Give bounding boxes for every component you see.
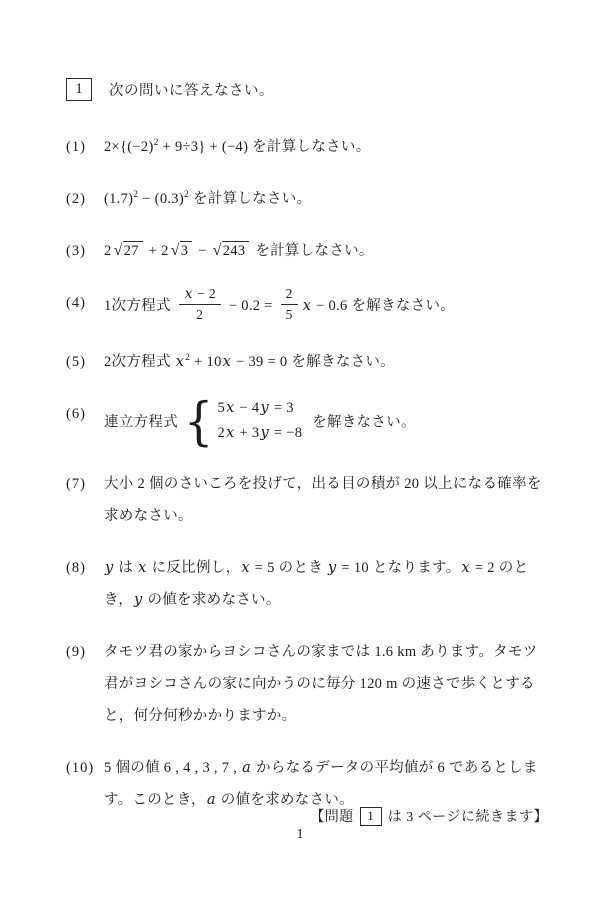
math-variable: x xyxy=(461,560,471,576)
equation-rows: 5x − 4y = 32x + 3y = −8 xyxy=(218,396,303,446)
math-text: = 10 となります。 xyxy=(338,560,461,576)
math-text: 2 xyxy=(104,243,112,259)
question-number: (2) xyxy=(66,183,104,215)
denominator: 2 xyxy=(179,305,221,324)
math-text: + 9÷3} + (−4) を計算しなさい。 xyxy=(159,139,371,155)
math-text: = 3 xyxy=(270,400,294,416)
continuation-problem-number-box: 1 xyxy=(360,807,382,826)
math-text: 2 xyxy=(218,425,226,441)
math-text: は xyxy=(115,560,138,576)
question-number: (8) xyxy=(66,552,104,616)
math-variable: x xyxy=(240,560,250,576)
question-item: (3)2√27 + 2√3 − √243 を計算しなさい。 xyxy=(66,235,548,267)
problem-instruction: 次の問いに答えなさい。 xyxy=(109,79,274,100)
math-text: を解きなさい。 xyxy=(308,415,416,431)
question-list: (1)2×{(−2)2 + 9÷3} + (−4) を計算しなさい。(2)(1.… xyxy=(66,131,548,816)
equation-system: {5x − 4y = 32x + 3y = −8 xyxy=(184,396,302,446)
math-variable: x xyxy=(184,286,194,302)
math-text: − 2 xyxy=(194,286,216,301)
radicand: 3 xyxy=(180,241,193,261)
radical-sign: √ xyxy=(114,241,123,260)
math-text: + 2 xyxy=(145,243,169,259)
math-text: を計算しなさい。 xyxy=(189,191,311,207)
question-number: (5) xyxy=(66,346,104,378)
math-variable: y xyxy=(259,425,270,441)
question-text: 連立方程式 {5x − 4y = 32x + 3y = −8 を解きなさい。 xyxy=(104,398,548,448)
equation-row: 5x − 4y = 3 xyxy=(218,396,303,421)
fraction: 25 xyxy=(281,285,298,324)
question-item: (6)連立方程式 {5x − 4y = 32x + 3y = −8 を解きなさい… xyxy=(66,398,548,448)
math-text: の値を求めなさい。 xyxy=(144,592,281,608)
numerator: x − 2 xyxy=(179,285,221,305)
sqrt-expression: √243 xyxy=(213,241,250,261)
question-number: (3) xyxy=(66,235,104,267)
fraction: x − 22 xyxy=(179,285,221,324)
question-number: (6) xyxy=(66,398,104,448)
math-text: − xyxy=(194,243,210,259)
problem-number-box: 1 xyxy=(66,78,92,101)
math-variable: y xyxy=(327,560,338,576)
continuation-note: 【問題 1 は 3 ページに続きます】 xyxy=(310,806,548,826)
math-text: = −8 xyxy=(270,425,302,441)
math-text: 2×{(−2) xyxy=(104,139,154,155)
question-item: (5)2次方程式 x2 + 10x − 39 = 0 を解きなさい。 xyxy=(66,346,548,378)
question-text: 2×{(−2)2 + 9÷3} + (−4) を計算しなさい。 xyxy=(104,131,548,163)
question-number: (4) xyxy=(66,287,104,326)
math-variable: x xyxy=(222,354,232,370)
question-text: y は x に反比例し，x = 5 のとき y = 10 となります。x = 2… xyxy=(104,552,548,616)
math-text: を計算しなさい。 xyxy=(251,243,373,259)
question-item: (8)y は x に反比例し，x = 5 のとき y = 10 となります。x … xyxy=(66,552,548,616)
question-text: 1次方程式 x − 22 − 0.2 = 25x − 0.6 を解きなさい。 xyxy=(104,287,548,326)
math-variable: x xyxy=(225,400,235,416)
exam-page: 1 次の問いに答えなさい。 (1)2×{(−2)2 + 9÷3} + (−4) … xyxy=(0,0,600,900)
question-text: 2次方程式 x2 + 10x − 39 = 0 を解きなさい。 xyxy=(104,346,548,378)
question-text: 大小 2 個のさいころを投げて，出る目の積が 20 以上になる確率を求めなさい。 xyxy=(104,468,548,532)
math-variable: x xyxy=(302,298,312,314)
denominator: 5 xyxy=(281,305,298,324)
problem-header: 1 次の問いに答えなさい。 xyxy=(66,78,548,101)
math-variable: a xyxy=(241,760,252,776)
radicand: 243 xyxy=(222,241,250,261)
math-text: − 39 = 0 を解きなさい。 xyxy=(232,354,395,370)
question-text: タモツ君の家からヨシコさんの家までは 1.6 km あります。タモツ君がヨシコさ… xyxy=(104,636,548,732)
math-variable: a xyxy=(206,792,217,808)
page-number: 1 xyxy=(0,827,600,843)
question-text: 2√27 + 2√3 − √243 を計算しなさい。 xyxy=(104,235,548,267)
numerator: 2 xyxy=(281,285,298,305)
sqrt-expression: √3 xyxy=(171,241,193,261)
math-text: 5 個の値 6 , 4 , 3 , 7 , xyxy=(104,760,241,776)
math-variable: y xyxy=(133,592,144,608)
math-text: 2 xyxy=(286,286,293,301)
radical-sign: √ xyxy=(171,241,180,260)
question-item: (9)タモツ君の家からヨシコさんの家までは 1.6 km あります。タモツ君がヨ… xyxy=(66,636,548,732)
math-variable: y xyxy=(259,400,270,416)
math-text: + 10 xyxy=(190,354,221,370)
math-text: タモツ君の家からヨシコさんの家までは 1.6 km あります。タモツ君がヨシコさ… xyxy=(104,644,538,724)
question-item: (7)大小 2 個のさいころを投げて，出る目の積が 20 以上になる確率を求めな… xyxy=(66,468,548,532)
math-text: − 0.6 を解きなさい。 xyxy=(312,298,455,314)
question-number: (1) xyxy=(66,131,104,163)
sqrt-expression: √27 xyxy=(114,241,143,261)
question-item: (4)1次方程式 x − 22 − 0.2 = 25x − 0.6 を解きなさい… xyxy=(66,287,548,326)
equation-row: 2x + 3y = −8 xyxy=(218,421,303,446)
question-number: (9) xyxy=(66,636,104,732)
continuation-note-suffix: は 3 ページに続きます】 xyxy=(388,806,548,826)
question-text: (1.7)2 − (0.3)2 を計算しなさい。 xyxy=(104,183,548,215)
math-text: + 3 xyxy=(236,425,260,441)
math-variable: x xyxy=(137,560,147,576)
radical-sign: √ xyxy=(213,241,222,260)
math-text: = 5 のとき xyxy=(251,560,327,576)
math-text: 大小 2 個のさいころを投げて，出る目の積が 20 以上になる確率を求めなさい。 xyxy=(104,476,542,524)
question-item: (2)(1.7)2 − (0.3)2 を計算しなさい。 xyxy=(66,183,548,215)
math-text: 連立方程式 xyxy=(104,415,182,431)
math-text: − 0.2 = xyxy=(225,298,277,314)
math-text: 1次方程式 xyxy=(104,298,175,314)
math-text: − 4 xyxy=(236,400,260,416)
math-variable: y xyxy=(104,560,115,576)
math-variable: x xyxy=(175,354,185,370)
radicand: 27 xyxy=(123,241,143,261)
question-number: (7) xyxy=(66,468,104,532)
math-text: 2 xyxy=(196,307,203,322)
math-text: 5 xyxy=(218,400,226,416)
math-text: 2次方程式 xyxy=(104,354,175,370)
question-item: (1)2×{(−2)2 + 9÷3} + (−4) を計算しなさい。 xyxy=(66,131,548,163)
question-number: (10) xyxy=(66,752,104,816)
math-variable: x xyxy=(225,425,235,441)
continuation-note-prefix: 【問題 xyxy=(310,806,354,826)
math-text: に反比例し， xyxy=(148,560,241,576)
math-text: (1.7) xyxy=(104,191,133,207)
math-text: − (0.3) xyxy=(138,191,184,207)
math-text: 5 xyxy=(286,307,293,322)
left-brace: { xyxy=(184,396,214,448)
